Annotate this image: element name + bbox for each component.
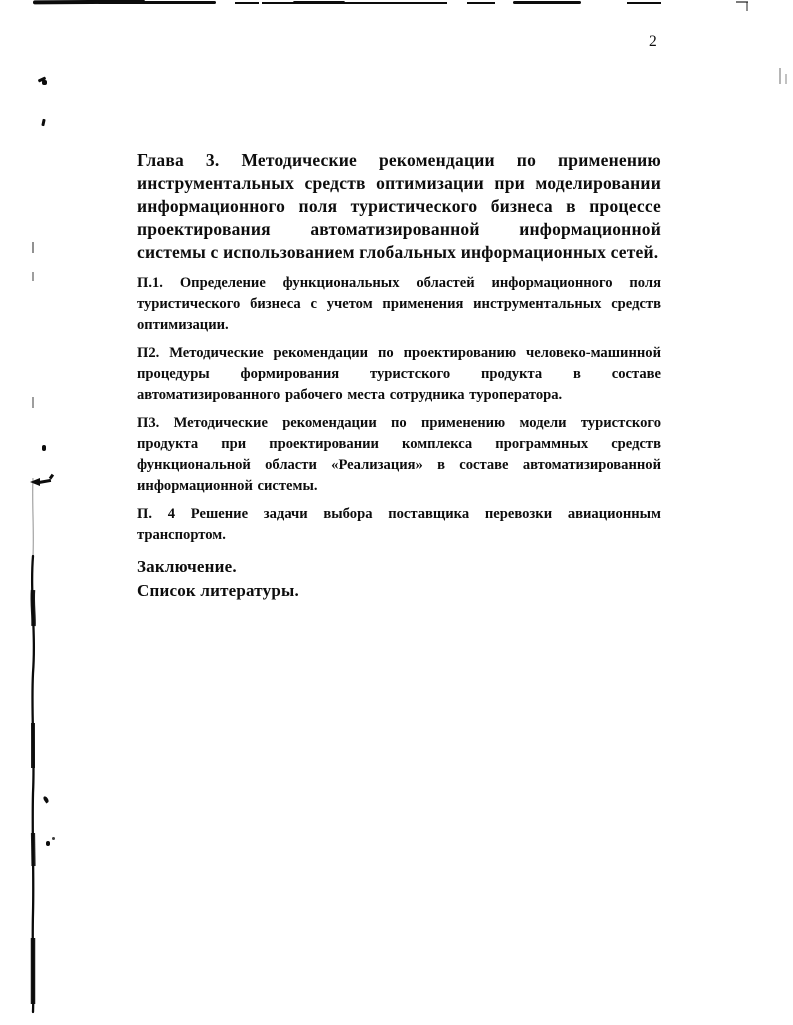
scan-artifact-speck bbox=[49, 474, 54, 480]
chapter-heading-line: системы с использованием глобальных инфо… bbox=[137, 241, 661, 264]
paragraph-p2: П2. Методические рекомендации по проекти… bbox=[137, 343, 661, 406]
paragraph-line: туристического бизнеса с учетом применен… bbox=[137, 294, 661, 315]
scan-artifact-speck bbox=[42, 795, 49, 803]
scan-artifact-top-streak bbox=[467, 2, 495, 4]
scan-artifact-speck bbox=[32, 272, 34, 281]
conclusion-line: Заключение. bbox=[137, 555, 661, 579]
chapter-heading: Глава 3. Методические рекомендации по пр… bbox=[137, 149, 661, 264]
scan-artifact-speck bbox=[46, 841, 50, 846]
bibliography-line: Список литературы. bbox=[137, 579, 661, 603]
scan-artifact-corner-mark bbox=[746, 2, 748, 11]
chapter-heading-line: Глава 3. Методические рекомендации по пр… bbox=[137, 149, 661, 172]
paragraph-line: автоматизированного рабочего места сотру… bbox=[137, 385, 661, 406]
scan-artifact-left-edge-line bbox=[26, 468, 42, 1018]
page-number: 2 bbox=[649, 33, 657, 51]
chapter-heading-line: проектирования автоматизированной информ… bbox=[137, 218, 661, 241]
paragraph-line: П3. Методические рекомендации по примене… bbox=[137, 413, 661, 434]
paragraph-line: транспортом. bbox=[137, 525, 661, 546]
scan-artifact-speck bbox=[41, 119, 45, 126]
paragraph-line: П.1. Определение функциональных областей… bbox=[137, 273, 661, 294]
scan-artifact-top-streak bbox=[262, 2, 447, 4]
paragraph-p1: П.1. Определение функциональных областей… bbox=[137, 273, 661, 336]
scan-artifact-speck bbox=[42, 80, 47, 85]
scan-artifact-speck bbox=[32, 242, 34, 253]
scan-artifact-right-mark bbox=[779, 68, 781, 84]
scan-artifact-top-streak bbox=[293, 1, 345, 4]
paragraph-p3: П3. Методические рекомендации по примене… bbox=[137, 413, 661, 497]
scan-artifact-speck bbox=[42, 445, 46, 451]
scan-artifact-top-streak bbox=[627, 2, 661, 4]
chapter-heading-line: информационного поля туристического бизн… bbox=[137, 195, 661, 218]
scan-artifact-top-streak bbox=[513, 1, 581, 4]
chapter-heading-line: инструментальных средств оптимизации при… bbox=[137, 172, 661, 195]
paragraph-line: процедуры формирования туристского проду… bbox=[137, 364, 661, 385]
text-column: Глава 3. Методические рекомендации по пр… bbox=[137, 149, 661, 603]
scan-artifact-speck bbox=[32, 397, 34, 408]
paragraph-line: информационной системы. bbox=[137, 476, 661, 497]
closing-section: Заключение. Список литературы. bbox=[137, 555, 661, 603]
scan-artifact-top-streak bbox=[98, 1, 216, 4]
paragraph-line: оптимизации. bbox=[137, 315, 661, 336]
paragraph-line: продукта при проектировании комплекса пр… bbox=[137, 434, 661, 455]
paragraph-line: функциональной области «Реализация» в со… bbox=[137, 455, 661, 476]
paragraph-line: П. 4 Решение задачи выбора поставщика пе… bbox=[137, 504, 661, 525]
scanned-document-page: 2 Глава 3. Методические рекомендации по … bbox=[0, 0, 793, 1025]
paragraph-line: П2. Методические рекомендации по проекти… bbox=[137, 343, 661, 364]
scan-artifact-speck bbox=[52, 837, 55, 840]
scan-artifact-right-mark bbox=[785, 74, 787, 84]
scan-artifact-top-streak bbox=[235, 2, 259, 4]
paragraph-p4: П. 4 Решение задачи выбора поставщика пе… bbox=[137, 504, 661, 546]
